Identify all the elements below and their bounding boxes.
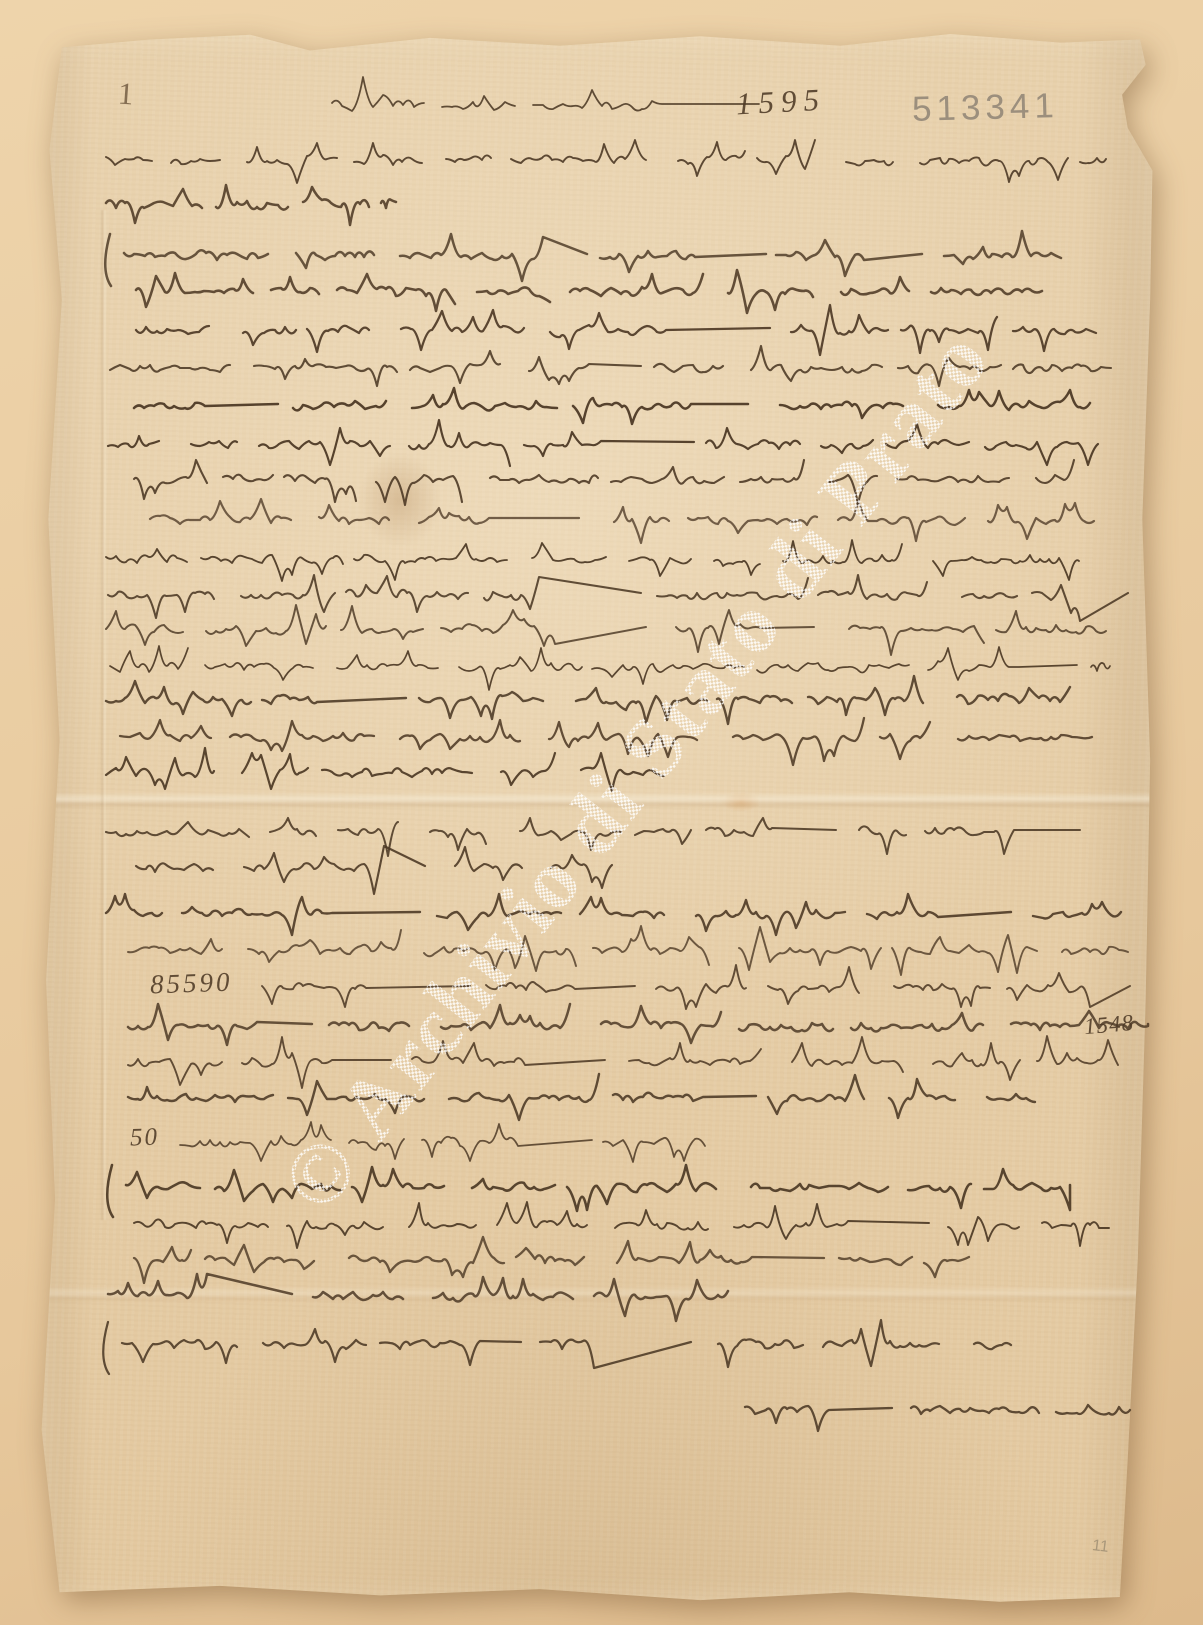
vertical-fold-crease (100, 210, 107, 1220)
horizontal-fold-crease (36, 1286, 1158, 1302)
manuscript-scan: 1 1595 513341 85590 1548 50 11 ©Archivio… (0, 0, 1203, 1625)
amount-figure: 1548 (1083, 1010, 1135, 1040)
amount-figure: 50 (130, 1124, 160, 1153)
corner-pencil-number: 11 (1091, 1537, 1110, 1557)
folio-number: 1 (117, 76, 135, 113)
paper-sheet (36, 30, 1158, 1608)
archive-number-stamp: 513341 (912, 86, 1060, 130)
amount-figure: 85590 (149, 967, 233, 1001)
horizontal-fold-crease (36, 792, 1158, 808)
date-year-text: 1595 (735, 82, 827, 123)
paper-shadow (0, 0, 1203, 1625)
